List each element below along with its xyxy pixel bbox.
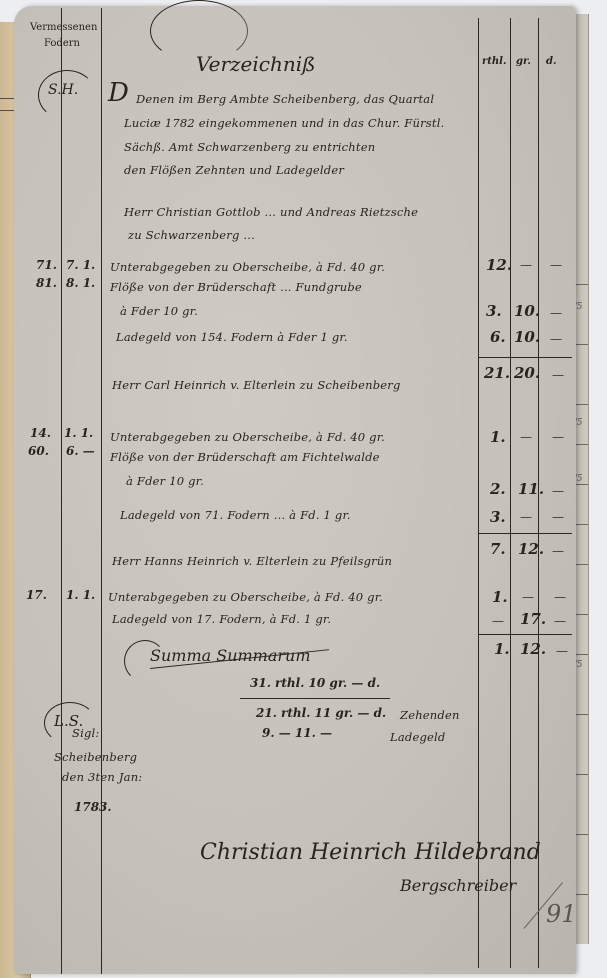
currency-header-d: d. — [546, 56, 556, 67]
entry-text: Unterabgegeben zu Oberscheibe, à Fd. 40 … — [110, 260, 385, 274]
amount-gr: 11. — [518, 480, 544, 498]
subtotal-d: — — [552, 544, 564, 558]
subtotal-rthl: 7. — [490, 540, 506, 558]
edge-rule — [574, 344, 588, 345]
edge-rule — [574, 774, 588, 775]
edge-rule — [574, 614, 588, 615]
edge-rule — [574, 834, 588, 835]
edge-rule — [574, 564, 588, 565]
signature-title: Bergschreiber — [400, 876, 516, 895]
margin-value: 14. — [30, 426, 51, 440]
amount-d: — — [552, 430, 564, 444]
subtotal-rule — [478, 634, 572, 635]
margin-value: 81. — [36, 276, 57, 290]
signature-name: Christian Heinrich Hildebrand — [200, 840, 541, 865]
amount-gr: 10. — [514, 302, 540, 320]
amount-rthl: 3. — [486, 302, 502, 320]
margin-value: 6. — — [66, 444, 95, 458]
margin-column-label: Fodern — [44, 38, 80, 49]
subtotal-rthl: 1. — [494, 640, 510, 658]
subtotal-d: — — [552, 368, 564, 382]
intro-line: Luciæ 1782 eingekommenen und in das Chur… — [124, 116, 444, 130]
dateline-line: Sigl: — [72, 726, 99, 740]
intro-line: Denen im Berg Ambte Scheibenberg, das Qu… — [136, 92, 434, 106]
amount-rthl: 1. — [490, 428, 506, 446]
amount-gr: — — [520, 258, 532, 272]
amount-rthl: 3. — [490, 508, 506, 526]
subtotal-rthl: 21. — [484, 364, 510, 382]
entry-text: Ladegeld von 154. Fodern à Fder 1 gr. — [116, 330, 348, 344]
section-heading: Herr Hanns Heinrich v. Elterlein zu Pfei… — [112, 554, 392, 568]
margin-value: 60. — [28, 444, 49, 458]
entry-text: à Fder 10 gr. — [126, 474, 204, 488]
summary-total: 31. rthl. 10 gr. — d. — [250, 676, 380, 690]
entry-text: Ladegeld von 17. Fodern, à Fd. 1 gr. — [112, 612, 331, 626]
margin-marker: S.H. — [48, 82, 78, 98]
section-heading: Herr Carl Heinrich v. Elterlein zu Schei… — [112, 378, 401, 392]
rthl-column-rule — [478, 18, 479, 968]
amount-gr: 17. — [520, 610, 546, 628]
dateline-line: den 3ten Jan: — [62, 770, 142, 784]
intro-line: Herr Christian Gottlob ... und Andreas R… — [124, 205, 418, 219]
edge-rule — [574, 654, 588, 655]
margin-value: 7. 1. — [66, 258, 95, 272]
margin-value: 17. — [26, 588, 47, 602]
margin-value: 8. 1. — [66, 276, 95, 290]
amount-d: — — [554, 590, 566, 604]
amount-rthl: 12. — [486, 256, 512, 274]
amount-d: — — [552, 484, 564, 498]
currency-header-gr: gr. — [516, 56, 531, 67]
entry-text: Unterabgegeben zu Oberscheibe, à Fd. 40 … — [110, 430, 385, 444]
amount-d: — — [552, 510, 564, 524]
amount-gr: — — [520, 510, 532, 524]
edge-rule — [574, 714, 588, 715]
subtotal-d: — — [556, 644, 568, 658]
amount-rthl: 1. — [492, 588, 508, 606]
amount-rthl: — — [492, 614, 504, 628]
amount-d: — — [550, 332, 562, 346]
margin-value: 1. 1. — [64, 426, 93, 440]
subtotal-rule — [478, 533, 572, 534]
subtotal-gr: 20. — [514, 364, 540, 382]
margin-column-rule — [61, 8, 62, 974]
intro-line: zu Schwarzenberg ... — [128, 228, 255, 242]
subtotal-gr: 12. — [518, 540, 544, 558]
dateline-line: Scheibenberg — [54, 750, 137, 764]
subtotal-rule — [478, 357, 572, 358]
edge-rule — [574, 404, 588, 405]
amount-d: — — [554, 614, 566, 628]
amount-gr: — — [520, 430, 532, 444]
amount-rthl: 2. — [490, 480, 506, 498]
currency-header-rthl: rthl. — [482, 56, 506, 67]
margin-column-label: Vermessenen — [30, 22, 97, 33]
margin-value: 71. — [36, 258, 57, 272]
entry-text: Ladegeld von 71. Fodern ... à Fd. 1 gr. — [120, 508, 351, 522]
entry-text: Flöße von der Brüderschaft ... Fundgrube — [110, 280, 362, 294]
summary-breakdown-amount: 9. — 11. — — [262, 726, 332, 740]
amount-gr: — — [522, 590, 534, 604]
amount-d: — — [550, 306, 562, 320]
summary-breakdown-amount: 21. rthl. 11 gr. — d. — [256, 706, 386, 720]
page-title: Verzeichniß — [196, 52, 316, 76]
gr-column-rule — [510, 18, 511, 968]
margin-column-rule — [101, 8, 102, 974]
amount-gr: 10. — [514, 328, 540, 346]
entry-text: Flöße von der Brüderschaft am Fichtelwal… — [110, 450, 380, 464]
edge-rule — [574, 284, 588, 285]
entry-text: à Fder 10 gr. — [120, 304, 198, 318]
edge-rule — [574, 444, 588, 445]
entry-text: Unterabgegeben zu Oberscheibe, à Fd. 40 … — [108, 590, 383, 604]
summary-label: Summa Summarum — [150, 646, 311, 665]
edge-rule — [574, 484, 588, 485]
intro-line: Sächß. Amt Schwarzenberg zu entrichten — [124, 140, 375, 154]
summary-breakdown-label: Zehenden — [400, 708, 460, 722]
intro-line: den Flößen Zehnten und Ladegelder — [124, 163, 344, 177]
amount-rthl: 6. — [490, 328, 506, 346]
margin-value: 1. 1. — [66, 588, 95, 602]
intro-initial: D — [108, 78, 129, 108]
folio-number: 91 — [546, 900, 577, 928]
edge-rule — [574, 894, 588, 895]
subtotal-gr: 12. — [520, 640, 546, 658]
summary-breakdown-label: Ladegeld — [390, 730, 445, 744]
edge-rule — [574, 524, 588, 525]
amount-d: — — [550, 258, 562, 272]
dateline-year: 1783. — [74, 800, 112, 814]
summary-rule — [240, 698, 390, 699]
